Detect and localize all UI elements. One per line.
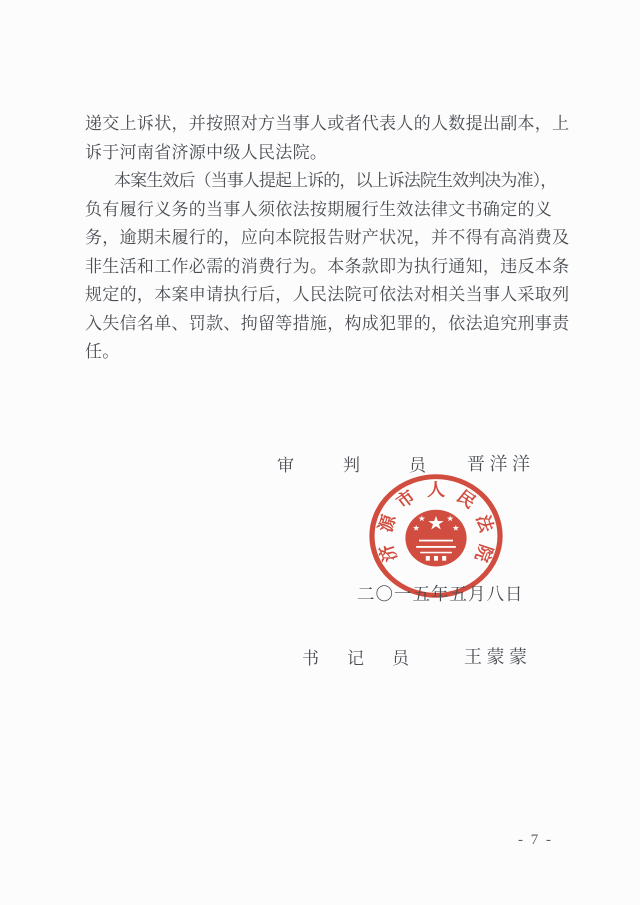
body-line: 递交上诉状，并按照对方当事人或者代表人的人数提出副本，上 — [85, 110, 571, 139]
svg-text:法: 法 — [472, 513, 497, 535]
judgment-body: 递交上诉状，并按照对方当事人或者代表人的人数提出副本，上诉于河南省济源中级人民法… — [85, 110, 571, 367]
judgment-date: 二〇一五年五月八日 — [357, 581, 524, 606]
svg-text:济: 济 — [375, 542, 401, 565]
body-line: 规定的，本案申请执行后，人民法院可依法对相关当事人采取列 — [85, 281, 571, 310]
svg-text:院: 院 — [471, 542, 497, 565]
page-number: - 7 - — [518, 832, 553, 849]
body-line: 任。 — [85, 338, 571, 367]
clerk-title: 书记员 — [302, 644, 437, 669]
body-line: 入失信名单、罚款、拘留等措施，构成犯罪的，依法追究刑事责 — [85, 310, 571, 339]
svg-text:人: 人 — [427, 480, 446, 499]
body-line: 本案生效后（当事人提起上诉的，以上诉法院生效判决为准）， — [85, 167, 571, 196]
national-emblem-icon — [405, 510, 466, 567]
clerk-name: 王蒙蒙 — [464, 643, 532, 669]
svg-text:源: 源 — [375, 512, 400, 534]
body-line: 非生活和工作必需的消费行为。本条款即为执行通知，违反本条 — [85, 253, 571, 282]
body-line: 负有履行义务的当事人须依法按期履行生效法律文书确定的义 — [85, 196, 571, 225]
court-judgment-page: 递交上诉状，并按照对方当事人或者代表人的人数提出副本，上诉于河南省济源中级人民法… — [0, 0, 640, 905]
body-line: 诉于河南省济源中级人民法院。 — [85, 139, 571, 168]
body-line: 务，逾期未履行的，应向本院报告财产状况，并不得有高消费及 — [85, 224, 571, 253]
